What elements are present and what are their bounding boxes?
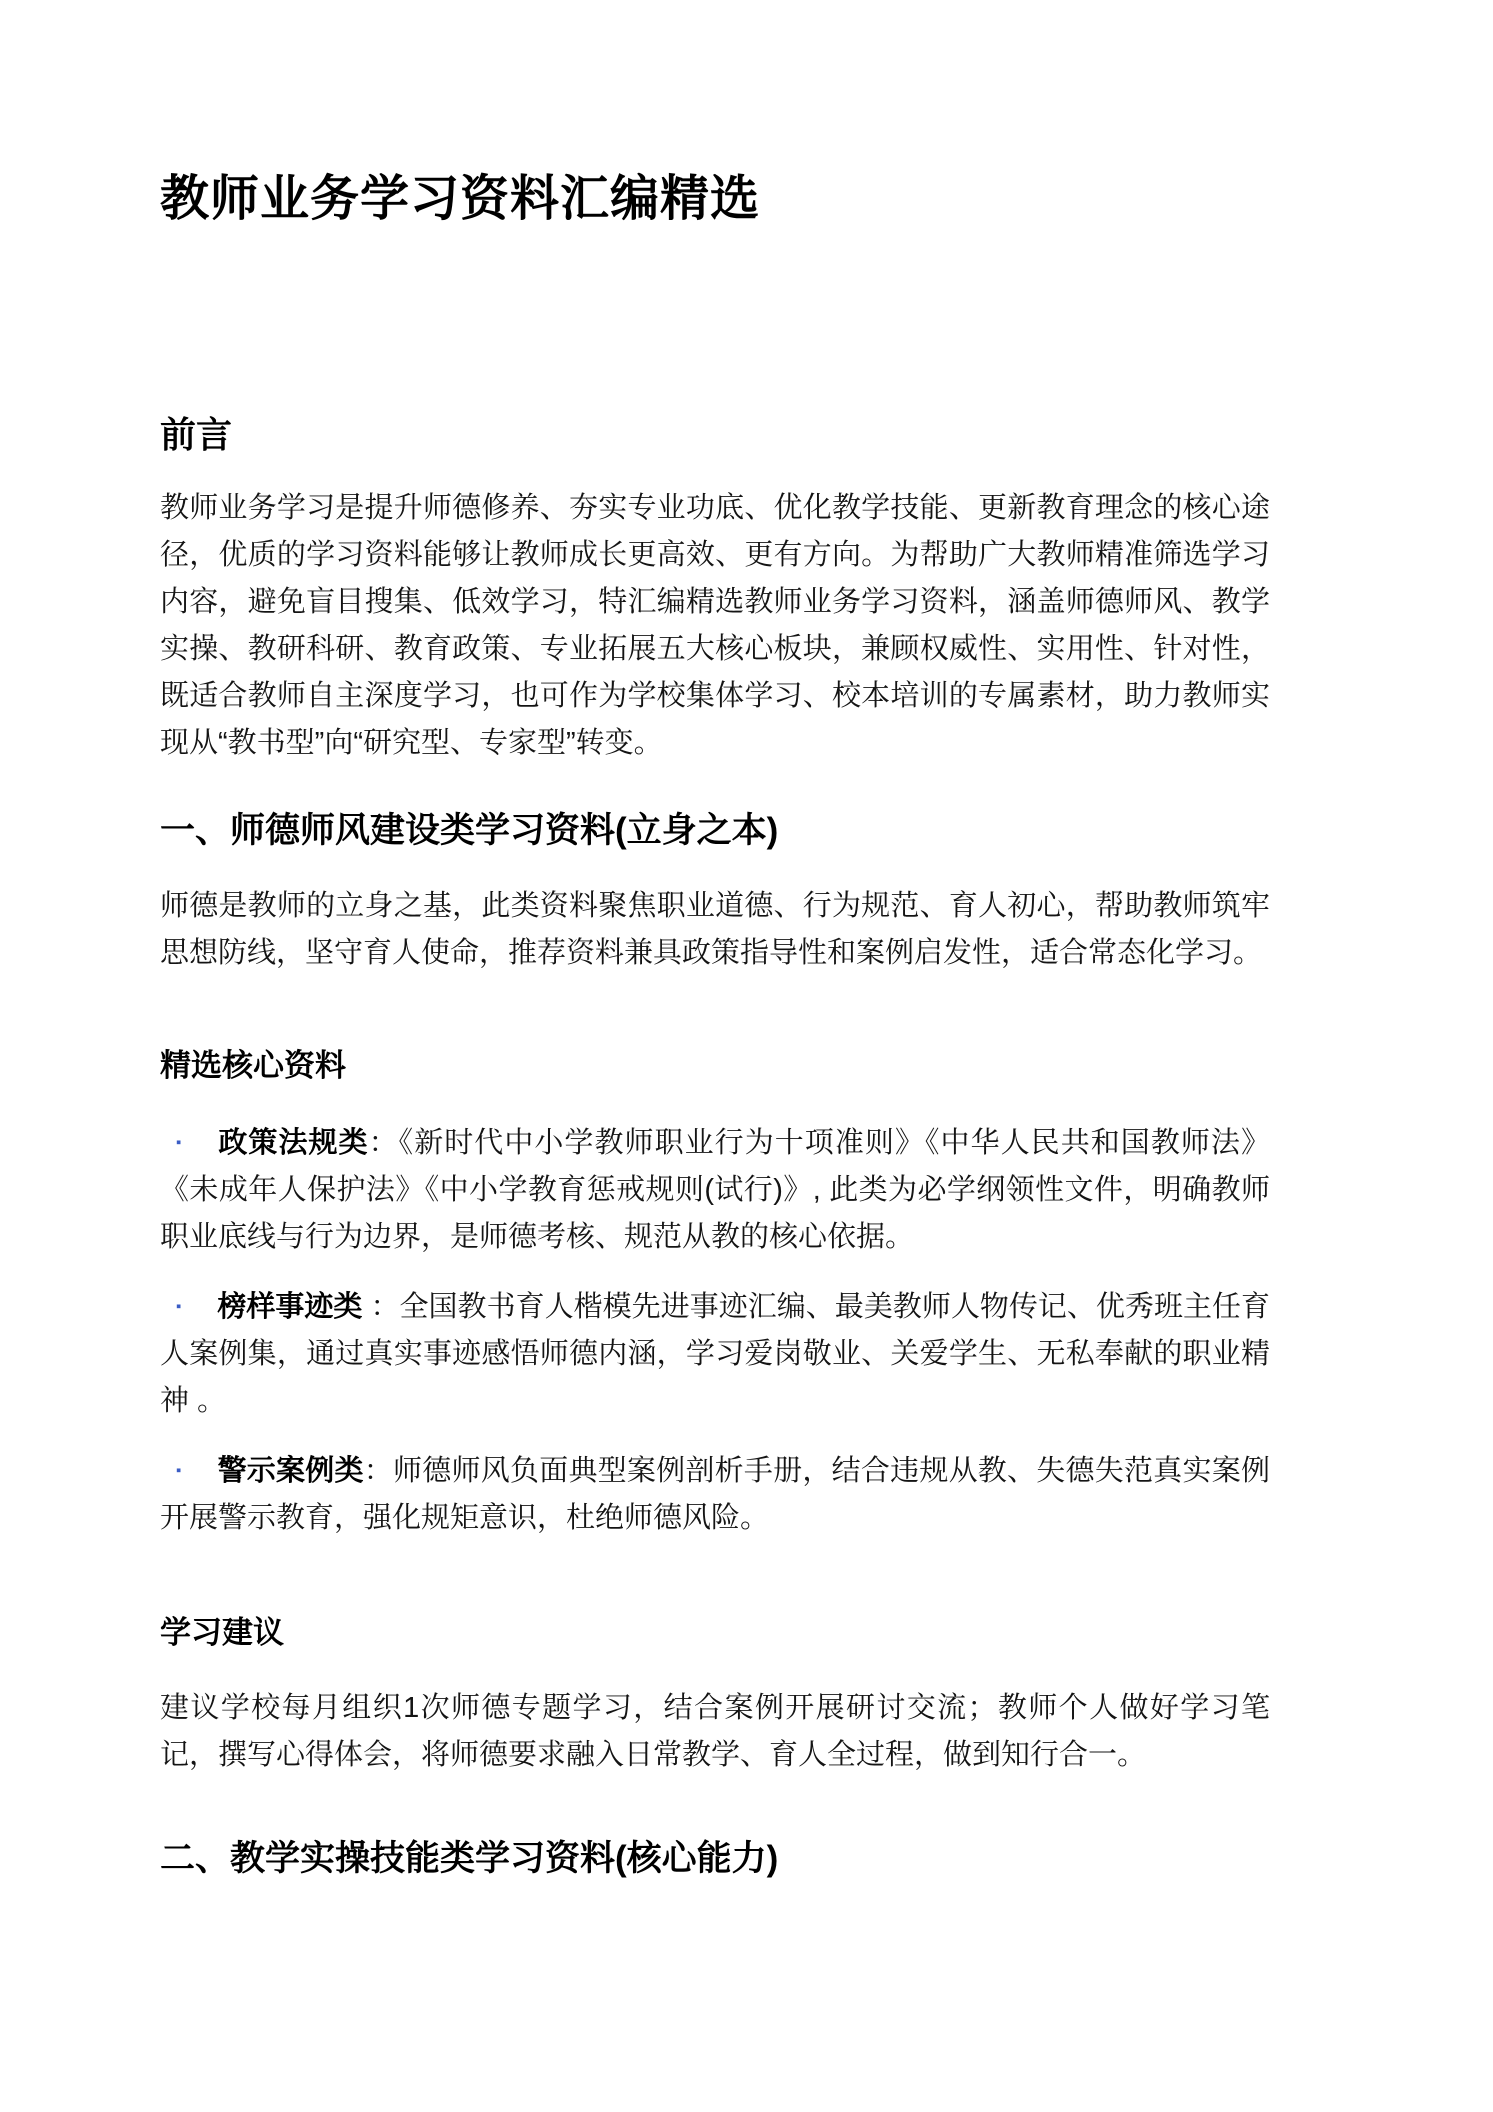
bullet-label-role-models: 榜样事迹类 [217, 1291, 362, 1323]
bullet-item-policy: ▪政策法规类：《新时代中小学教师职业行为十项准则》《中华人民共和国教师法》《未成… [160, 1119, 1270, 1261]
bullet-label-policy: 政策法规类 [218, 1127, 368, 1159]
preface-heading: 前言 [160, 412, 1270, 457]
bullet-dot-icon: ▪ [176, 1134, 182, 1151]
document-page: 教师业务学习资料汇编精选 前言 教师业务学习是提升师德修养、夯实专业功底、优化教… [160, 170, 1270, 1881]
core-materials-heading: 精选核心资料 [160, 1047, 1270, 1086]
document-title: 教师业务学习资料汇编精选 [160, 170, 1270, 229]
bullet-item-role-models: ▪榜样事迹类 ：全国教书育人楷模先进事迹汇编、最美教师人物传记、优秀班主任育人案… [160, 1283, 1270, 1425]
preface-paragraph: 教师业务学习是提升师德修养、夯实专业功底、优化教学技能、更新教育理念的核心途径，… [160, 485, 1270, 767]
bullet-item-warning-cases: ▪警示案例类：师德师风负面典型案例剖析手册，结合违规从教、失德失范真实案例开展警… [160, 1447, 1270, 1542]
study-advice-paragraph: 建议学校每月组织1次师德专题学习，结合案例开展研讨交流；教师个人做好学习笔记，撰… [160, 1685, 1270, 1779]
section1-intro-paragraph: 师德是教师的立身之基，此类资料聚焦职业道德、行为规范、育人初心，帮助教师筑牢思想… [160, 883, 1270, 977]
study-advice-heading: 学习建议 [160, 1614, 1270, 1653]
section1-heading: 一、师德师风建设类学习资料(立身之本) [160, 809, 1270, 853]
bullet-dot-icon: ▪ [176, 1462, 182, 1479]
bullet-label-warning-cases: 警示案例类 [218, 1455, 364, 1487]
section2-heading: 二、教学实操技能类学习资料(核心能力) [160, 1837, 1270, 1881]
bullet-dot-icon: ▪ [176, 1298, 181, 1315]
